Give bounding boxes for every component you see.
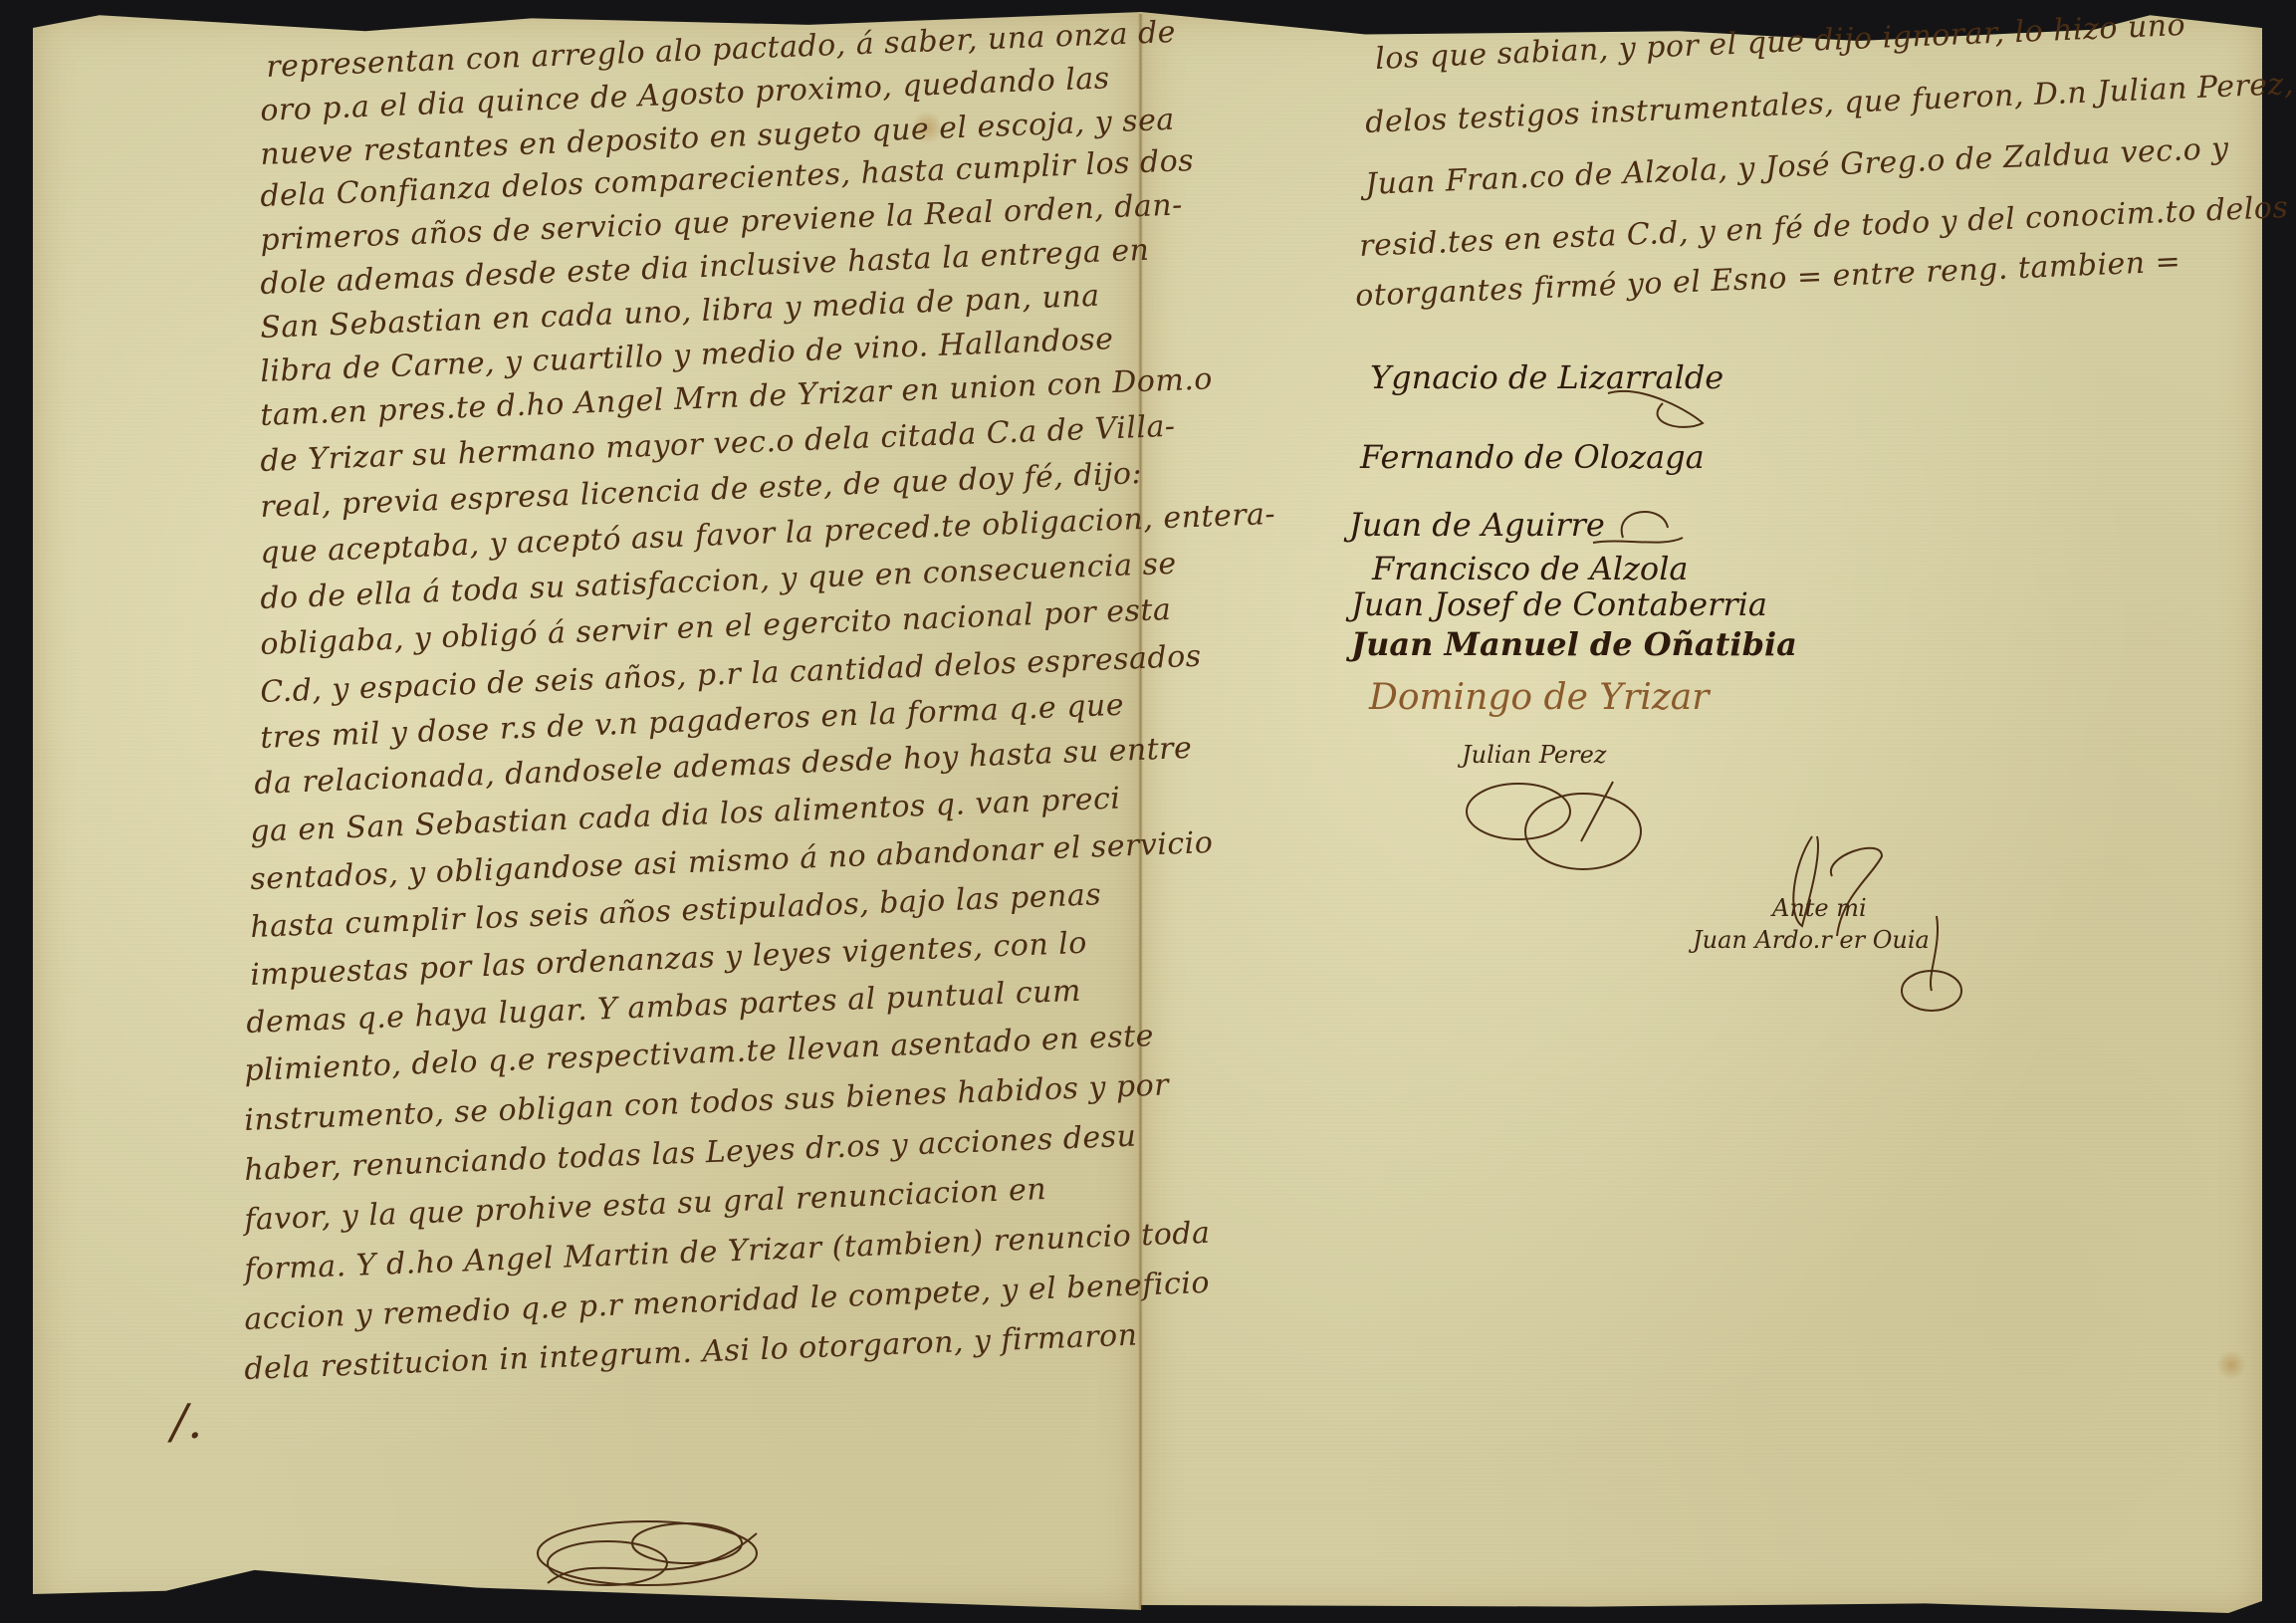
notary-rubric-icon — [1762, 816, 1961, 1016]
margin-mark: /. — [171, 1394, 202, 1450]
signature: Juan de Aguirre — [1349, 506, 1605, 544]
signature: Domingo de Yrizar — [1369, 677, 1709, 718]
signature-flourish-icon — [1603, 383, 1713, 433]
julian-perez-rubric-icon — [1464, 772, 1643, 881]
signature: Fernando de Olozaga — [1360, 438, 1705, 476]
signature: Julian Perez — [1462, 741, 1606, 769]
rubric-flourish-icon — [518, 1504, 777, 1613]
signature-flourish-icon — [1583, 498, 1693, 558]
stain — [2216, 1350, 2246, 1380]
signature: Juan Manuel de Oñatibia — [1351, 625, 1797, 663]
signature: Juan Josef de Contaberria — [1351, 585, 1767, 623]
